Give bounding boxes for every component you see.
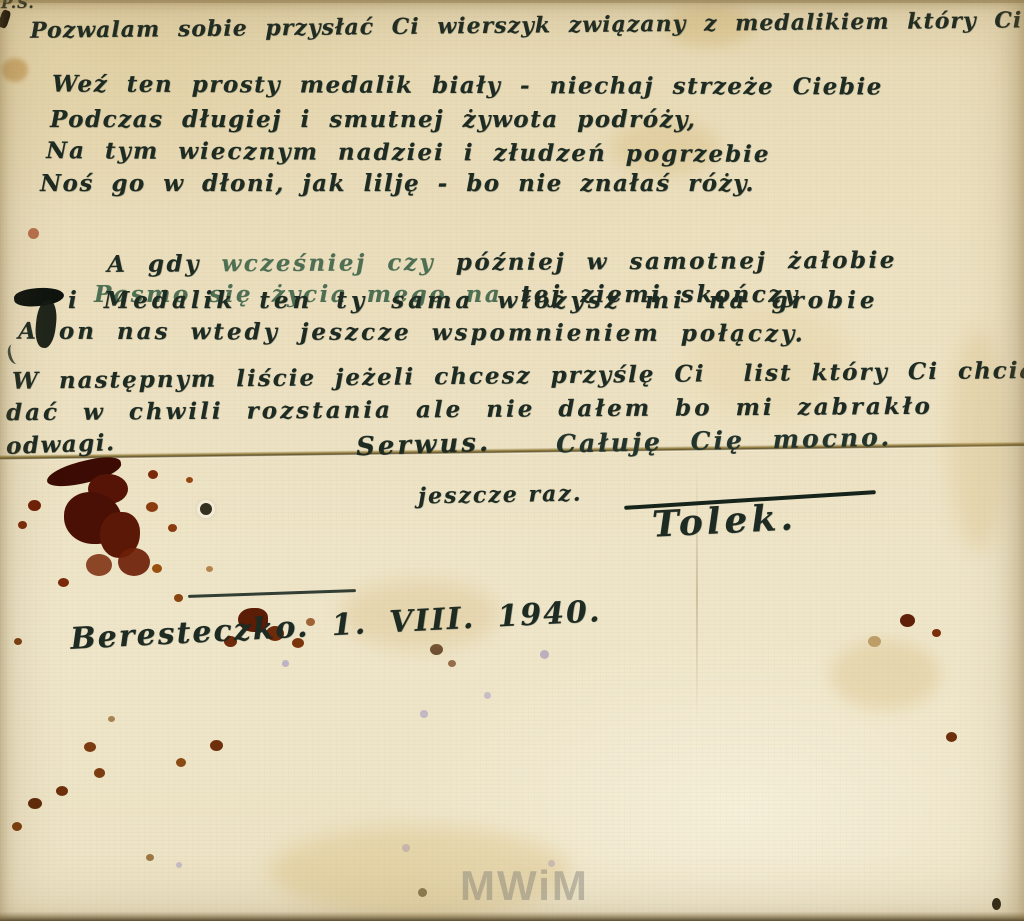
farewell-word: Serwus.: [356, 428, 492, 463]
stain: [2, 58, 28, 82]
stain: [420, 710, 428, 718]
stain: [45, 453, 124, 490]
dateline: Beresteczko. 1. VIII. 1940.: [69, 594, 602, 657]
dateline-flourish: [188, 589, 356, 598]
poem-stanza2-line3: i Medalik ten ty sama włożysz mi na grob…: [68, 287, 878, 314]
stain: [146, 854, 154, 861]
stain: [28, 500, 41, 511]
poem-stanza1-line4: Noś go w dłoni, jak lilję - bo nie znała…: [40, 170, 755, 197]
stain: [0, 9, 12, 29]
poem-stanza2-line4: A on nas wtedy jeszcze wspomnieniem połą…: [18, 318, 806, 348]
stain: [868, 636, 881, 647]
stain: [418, 888, 427, 897]
intro-line: Pozwalam sobie przysłać Ci wierszyk zwią…: [30, 6, 1024, 44]
stain: [86, 554, 112, 576]
kisses-line: Całuję Cię mocno.: [556, 422, 893, 458]
stain: [430, 644, 443, 655]
stain: [900, 614, 915, 627]
postscript-line3: odwagi.: [6, 429, 116, 460]
poem-stanza1-line2: Podczas długiej i smutnej żywota podróży…: [50, 106, 696, 133]
stain: [88, 474, 128, 504]
once-more-line: jeszcze raz.: [418, 481, 583, 510]
stain: [152, 564, 162, 573]
punch-hole: [200, 503, 212, 515]
poem-stanza1-line1: Weź ten prosty medalik biały - niechaj s…: [52, 71, 883, 101]
stain: [282, 660, 289, 667]
stain: [146, 502, 158, 512]
stain: [186, 477, 193, 483]
stain: [14, 638, 22, 645]
stain: [932, 629, 941, 637]
stain: [64, 492, 122, 544]
watermark: MWiM: [460, 862, 589, 910]
stain: [174, 594, 183, 602]
corner-note: P.S.: [1, 0, 35, 12]
postscript-line1: W następnym liście jeżeli chcesz przyślę…: [12, 356, 1024, 394]
stain: [28, 798, 42, 809]
stain: [484, 692, 491, 699]
stain: [18, 521, 27, 529]
stain: [830, 640, 940, 710]
bottom-scan-edge: [0, 912, 1024, 921]
stain: [210, 740, 223, 751]
stain: [12, 822, 22, 831]
top-scan-edge: [0, 0, 1024, 3]
stain: [168, 524, 177, 532]
poem-stanza1-line3: Na tym wiecznym nadziei i złudzeń pogrze…: [46, 137, 771, 168]
stain: [540, 650, 549, 659]
stain: [148, 470, 158, 479]
stain: [58, 578, 69, 587]
stain: [176, 758, 186, 767]
stain: [176, 862, 182, 868]
postscript-line2: dać w chwili rozstania ale nie dałem bo …: [6, 393, 933, 426]
stain: [94, 768, 105, 778]
stain: [56, 786, 68, 796]
stain: [946, 732, 957, 742]
ink-mark: [6, 343, 23, 366]
signature: Tolek.: [651, 496, 798, 546]
stain: [206, 566, 213, 572]
stain: [402, 844, 410, 852]
stain: [992, 898, 1001, 910]
stain: [84, 742, 96, 752]
stain: [108, 716, 115, 722]
letter-page: P.S. Pozwalam sobie przysłać Ci wierszyk…: [0, 0, 1024, 921]
stain: [118, 548, 150, 576]
stain: [448, 660, 456, 667]
stain: [100, 512, 140, 558]
